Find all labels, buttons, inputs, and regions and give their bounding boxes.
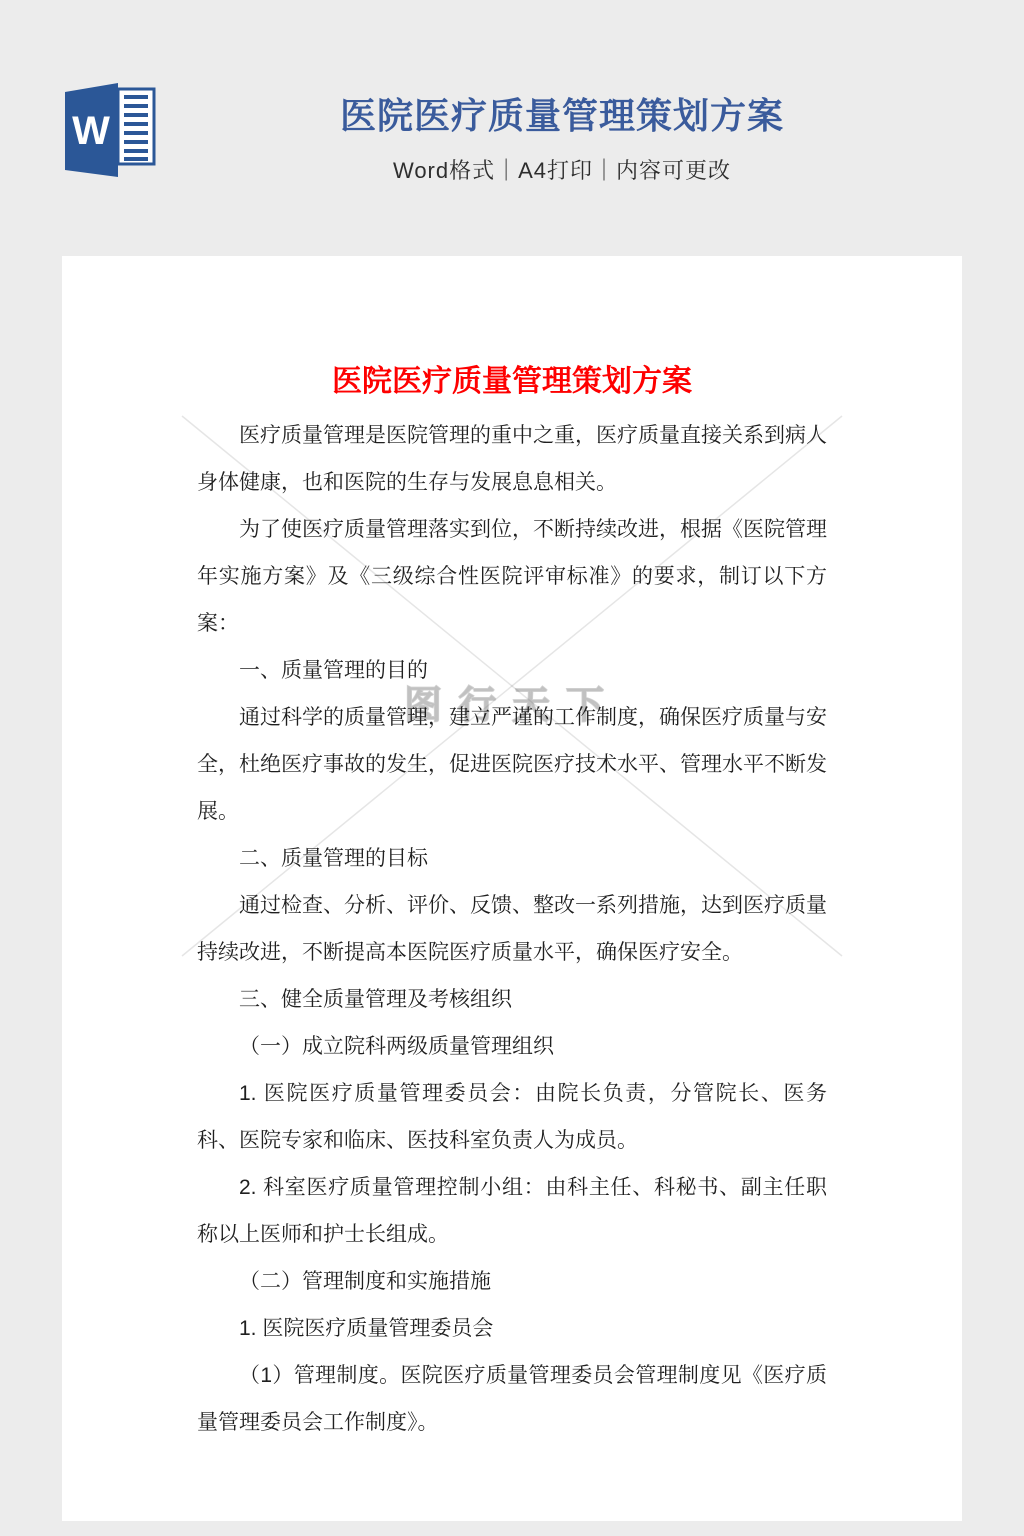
word-icon-graphic: W <box>60 80 160 180</box>
doc-heading-2: 二、质量管理的目标 <box>197 835 827 882</box>
doc-paragraph: 1. 医院医疗质量管理委员会 <box>197 1305 827 1352</box>
header-bar: W 医院医疗质量管理策划方案 Word格式｜A4打印｜内容可更改 <box>0 0 1024 256</box>
doc-paragraph: 为了使医疗质量管理落实到位，不断持续改进，根据《医院管理年实施方案》及《三级综合… <box>197 506 827 647</box>
word-file-icon: W <box>60 80 160 180</box>
document-page: 图行天下 医院医疗质量管理策划方案 医疗质量管理是医院管理的重中之重，医疗质量直… <box>62 256 962 1521</box>
doc-title: 医院医疗质量管理策划方案 <box>197 362 827 402</box>
header-subtitle: Word格式｜A4打印｜内容可更改 <box>160 154 964 185</box>
doc-heading-3: 三、健全质量管理及考核组织 <box>197 976 827 1023</box>
doc-paragraph: （1）管理制度。医院医疗质量管理委员会管理制度见《医疗质量管理委员会工作制度》。 <box>197 1352 827 1446</box>
doc-subheading: （二）管理制度和实施措施 <box>197 1258 827 1305</box>
doc-heading-1: 一、质量管理的目的 <box>197 647 827 694</box>
header-title: 医院医疗质量管理策划方案 <box>160 94 964 138</box>
doc-paragraph: 1. 医院医疗质量管理委员会：由院长负责，分管院长、医务科、医院专家和临床、医技… <box>197 1070 827 1164</box>
document-body: 医院医疗质量管理策划方案 医疗质量管理是医院管理的重中之重，医疗质量直接关系到病… <box>62 256 962 1446</box>
doc-paragraph: 2. 科室医疗质量管理控制小组：由科主任、科秘书、副主任职称以上医师和护士长组成… <box>197 1164 827 1258</box>
svg-text:W: W <box>72 109 110 153</box>
doc-paragraph: 通过检查、分析、评价、反馈、整改一系列措施，达到医疗质量持续改进，不断提高本医院… <box>197 882 827 976</box>
doc-paragraph: 通过科学的质量管理，建立严谨的工作制度，确保医疗质量与安全，杜绝医疗事故的发生，… <box>197 694 827 835</box>
doc-subheading: （一）成立院科两级质量管理组织 <box>197 1023 827 1070</box>
header-text-block: 医院医疗质量管理策划方案 Word格式｜A4打印｜内容可更改 <box>160 94 964 185</box>
doc-paragraph: 医疗质量管理是医院管理的重中之重，医疗质量直接关系到病人身体健康，也和医院的生存… <box>197 412 827 506</box>
